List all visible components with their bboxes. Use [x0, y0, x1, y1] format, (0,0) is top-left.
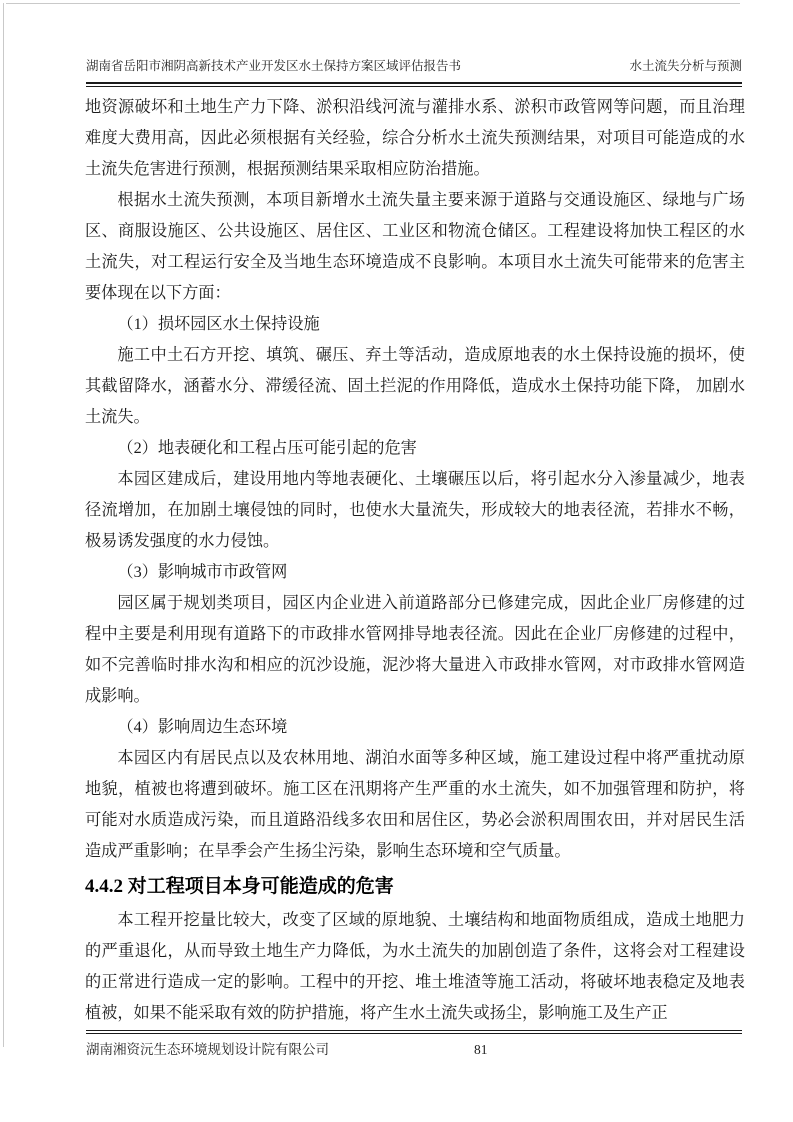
- scan-edge-left: [3, 3, 4, 1047]
- paragraph: 根据水土流失预测，本项目新增水土流失量主要来源于道路与交通设施区、绿地与广场区、…: [85, 185, 745, 309]
- paragraph: 本工程开挖量比较大，改变了区域的原地貌、土壤结构和地面物质组成，造成土地肥力的严…: [85, 905, 745, 1029]
- paragraph: 本园区建成后，建设用地内等地表硬化、土壤碾压以后，将引起水分入渗量减少，地表径流…: [85, 464, 745, 557]
- header-doc-title: 湖南省岳阳市湘阴高新技术产业开发区水土保持方案区域评估报告书: [86, 57, 461, 75]
- page-footer: 湖南湘资沅生态环境规划设计院有限公司 81: [86, 1040, 742, 1060]
- document-body: 地资源破坏和土地生产力下降、淤积沿线河流与灌排水系、淤积市政管网等问题，而且治理…: [85, 92, 745, 1029]
- header-rule: [86, 82, 742, 87]
- paragraph: 本园区内有居民点以及农林用地、湖泊水面等多种区域，施工建设过程中将严重扰动原地貌…: [85, 743, 745, 867]
- paragraph: 园区属于规划类项目，园区内企业进入前道路部分已修建完成，因此企业厂房修建的过程中…: [85, 588, 745, 712]
- section-heading: 4.4.2 对工程项目本身可能造成的危害: [85, 872, 745, 902]
- header-section-title: 水土流失分析与预测: [629, 57, 742, 75]
- scan-edge-top: [6, 3, 740, 4]
- paragraph: （4）影响周边生态环境: [85, 712, 745, 743]
- paragraph: 施工中土石方开挖、填筑、碾压、弃土等活动，造成原地表的水土保持设施的损坏，使其截…: [85, 340, 745, 433]
- footer-rule: [86, 1030, 742, 1034]
- paragraph: 地资源破坏和土地生产力下降、淤积沿线河流与灌排水系、淤积市政管网等问题，而且治理…: [85, 92, 745, 185]
- paragraph: （3）影响城市市政管网: [85, 557, 745, 588]
- footer-company: 湖南湘资沅生态环境规划设计院有限公司: [86, 1042, 329, 1057]
- paragraph: （1）损坏园区水土保持设施: [85, 309, 745, 340]
- footer-page-number: 81: [474, 1040, 488, 1060]
- paragraph: （2）地表硬化和工程占压可能引起的危害: [85, 433, 745, 464]
- page-header: 湖南省岳阳市湘阴高新技术产业开发区水土保持方案区域评估报告书 水土流失分析与预测: [86, 57, 742, 75]
